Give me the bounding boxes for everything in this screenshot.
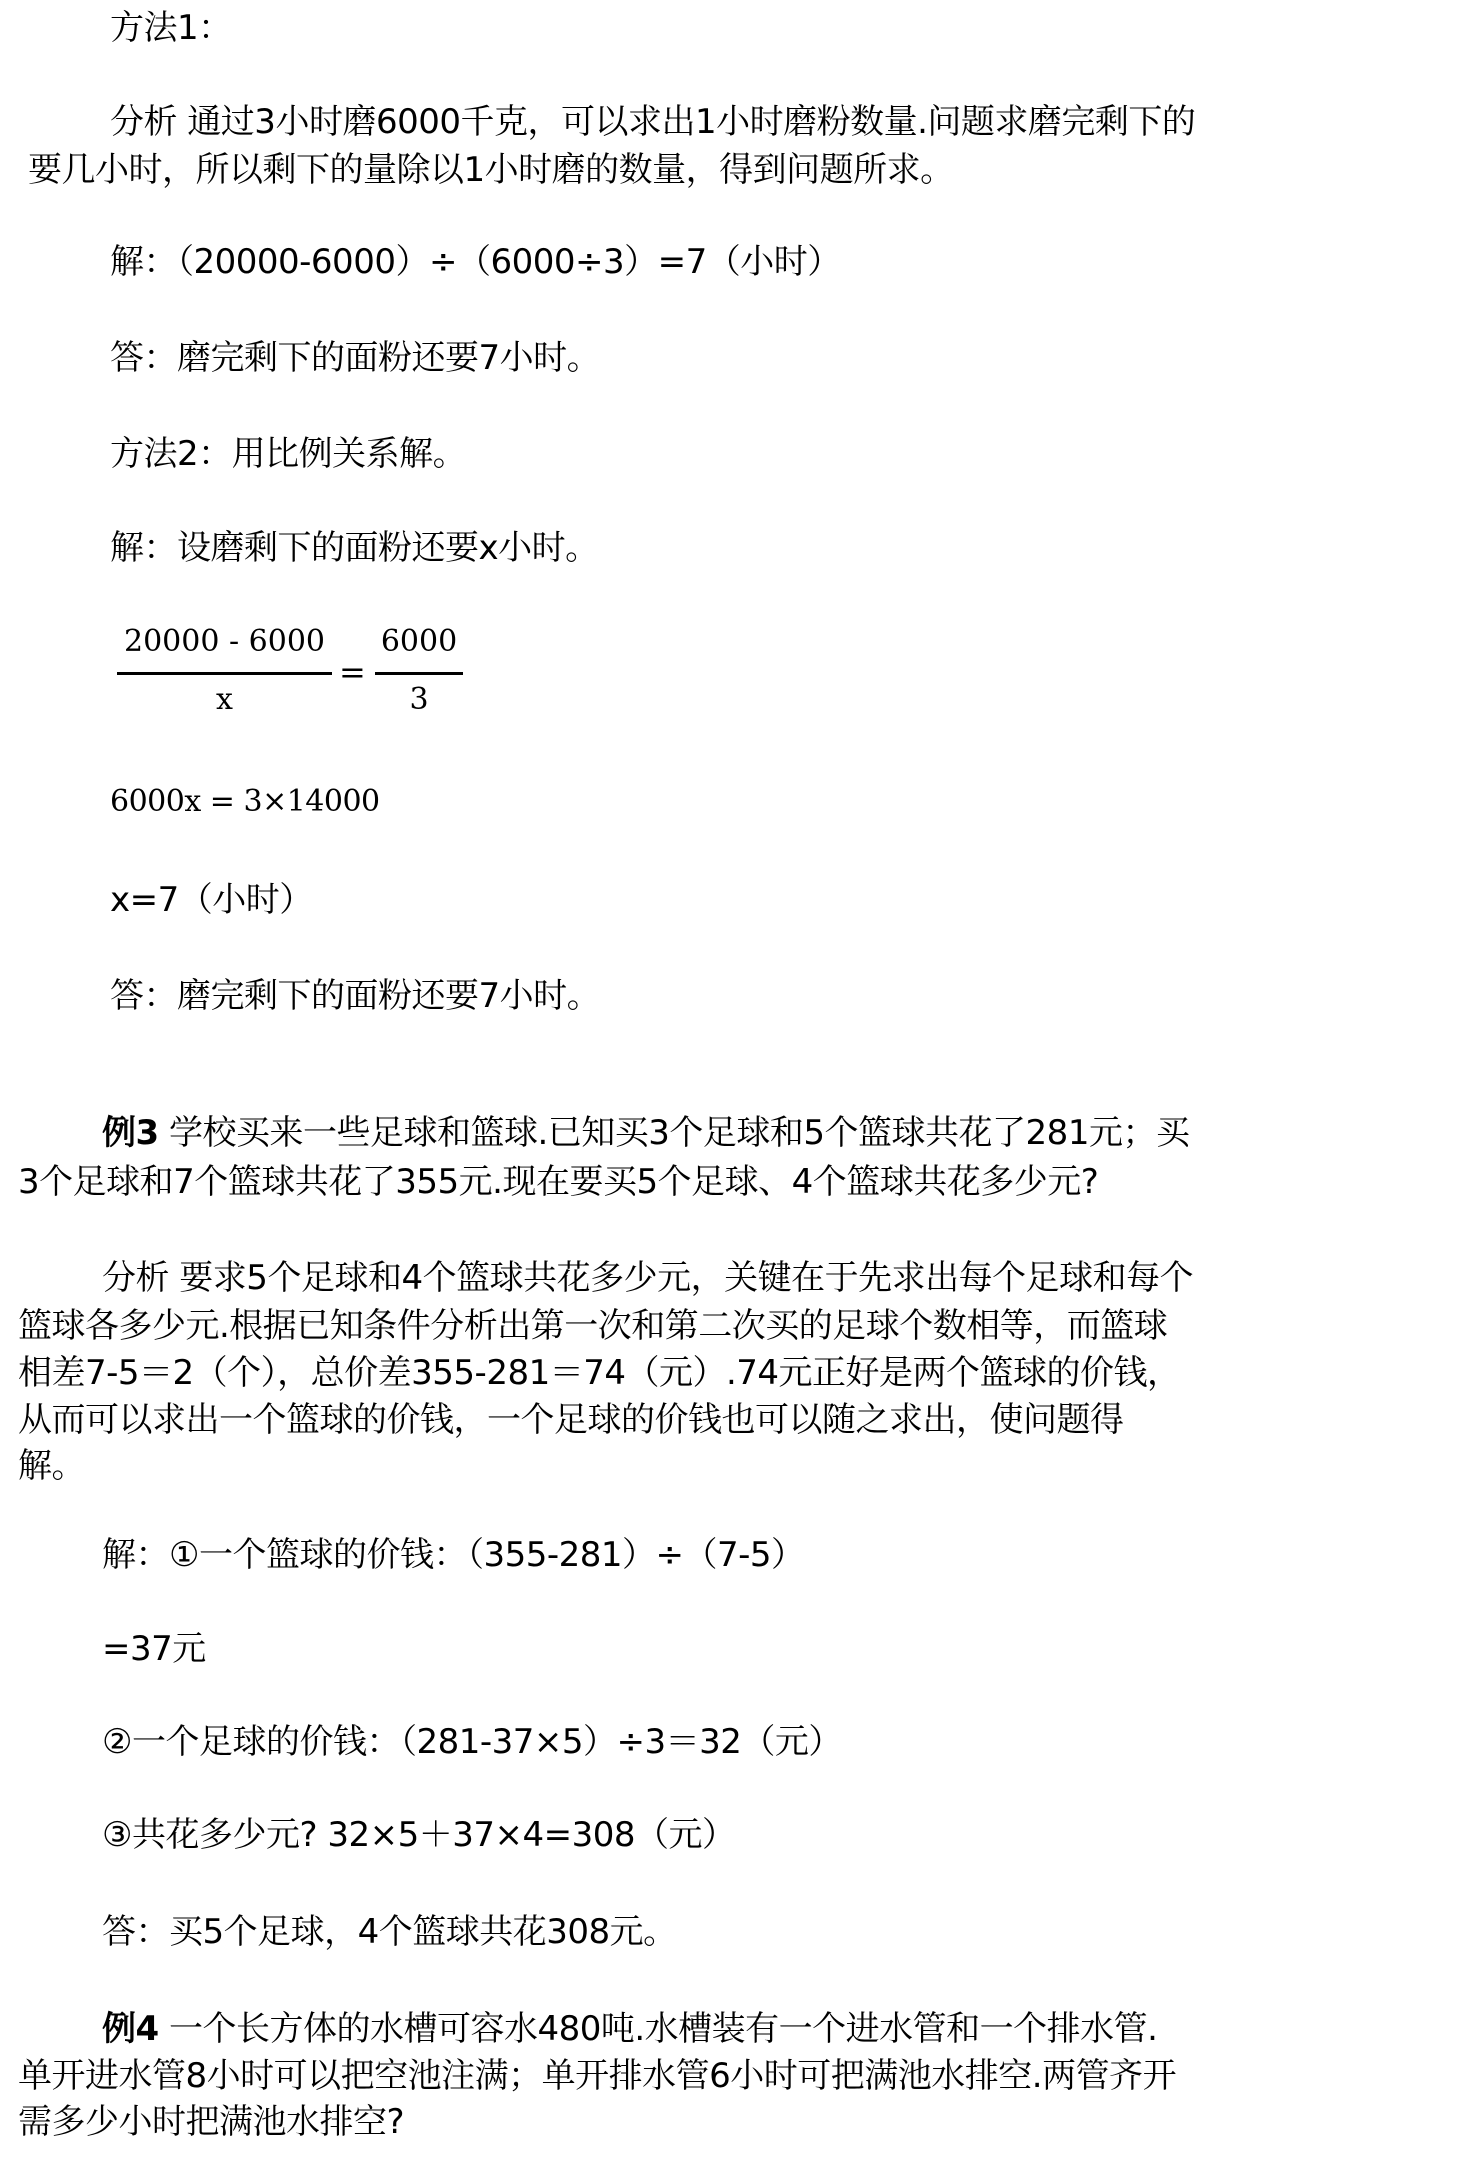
fraction-equals: = <box>339 656 366 688</box>
method2-heading: 方法2：用比例关系解。 <box>110 434 466 474</box>
example3-solution-step3: ③共花多少元? 32×5＋37×4=308（元） <box>102 1815 736 1855</box>
method2-step1: 6000x = 3×14000 <box>110 782 380 822</box>
example3-analysis-line: 分析 要求5个足球和4个篮球共花多少元，关键在于先求出每个足球和每个 <box>102 1258 1193 1298</box>
example3-analysis-line: 篮球各多少元.根据已知条件分析出第一次和第二次买的足球个数相等，而篮球 <box>18 1306 1167 1346</box>
example3-solution-step1: 解：①一个篮球的价钱：（355-281）÷（7-5） <box>102 1535 805 1575</box>
example3-label: 例3 <box>102 1113 159 1153</box>
example3-analysis-line: 相差7-5＝2（个），总价差355-281＝74（元）.74元正好是两个篮球的价… <box>18 1353 1181 1393</box>
example3-answer: 答：买5个足球，4个篮球共花308元。 <box>102 1912 677 1952</box>
fraction-right-bar <box>375 672 463 675</box>
example3-analysis-line: 从而可以求出一个篮球的价钱，一个足球的价钱也可以随之求出，使问题得 <box>18 1400 1124 1440</box>
example4-problem-line2: 单开进水管8小时可以把空池注满；单开排水管6小时可把满池水排空.两管齐开 <box>18 2056 1176 2096</box>
method1-heading: 方法1： <box>110 8 232 48</box>
fraction-right-numerator: 6000 <box>375 626 463 658</box>
example3-problem-line1: 例3 学校买来一些足球和篮球.已知买3个足球和5个篮球共花了281元；买 <box>102 1113 1189 1153</box>
method1-analysis-line2: 要几小时，所以剩下的量除以1小时磨的数量，得到问题所求。 <box>28 150 954 190</box>
example4-label: 例4 <box>102 2009 159 2049</box>
example3-solution-step1-result: =37元 <box>102 1629 206 1669</box>
method1-answer: 答：磨完剩下的面粉还要7小时。 <box>110 338 600 378</box>
example3-problem-line2: 3个足球和7个篮球共花了355元.现在要买5个足球、4个篮球共花多少元? <box>18 1162 1098 1202</box>
fraction-left-denominator: x <box>117 684 332 716</box>
fraction-left-bar <box>117 672 332 675</box>
method2-answer: 答：磨完剩下的面粉还要7小时。 <box>110 976 600 1016</box>
fraction-right-denominator: 3 <box>375 684 463 716</box>
method2-let: 解：设磨剩下的面粉还要x小时。 <box>110 528 599 568</box>
example4-problem-line3: 需多少小时把满池水排空? <box>18 2102 404 2142</box>
method1-analysis-line1: 分析 通过3小时磨6000千克，可以求出1小时磨粉数量.问题求磨完剩下的 <box>110 102 1195 142</box>
method2-step2: x=7（小时） <box>110 880 313 920</box>
example4-problem-line1: 例4 一个长方体的水槽可容水480吨.水槽装有一个进水管和一个排水管. <box>102 2009 1158 2049</box>
fraction-left-numerator: 20000 - 6000 <box>117 626 332 658</box>
example3-solution-step2: ②一个足球的价钱：（281-37×5）÷3＝32（元） <box>102 1722 842 1762</box>
method1-solution: 解：（20000-6000）÷（6000÷3）=7（小时） <box>110 242 841 282</box>
example3-analysis-line: 解。 <box>18 1446 85 1486</box>
